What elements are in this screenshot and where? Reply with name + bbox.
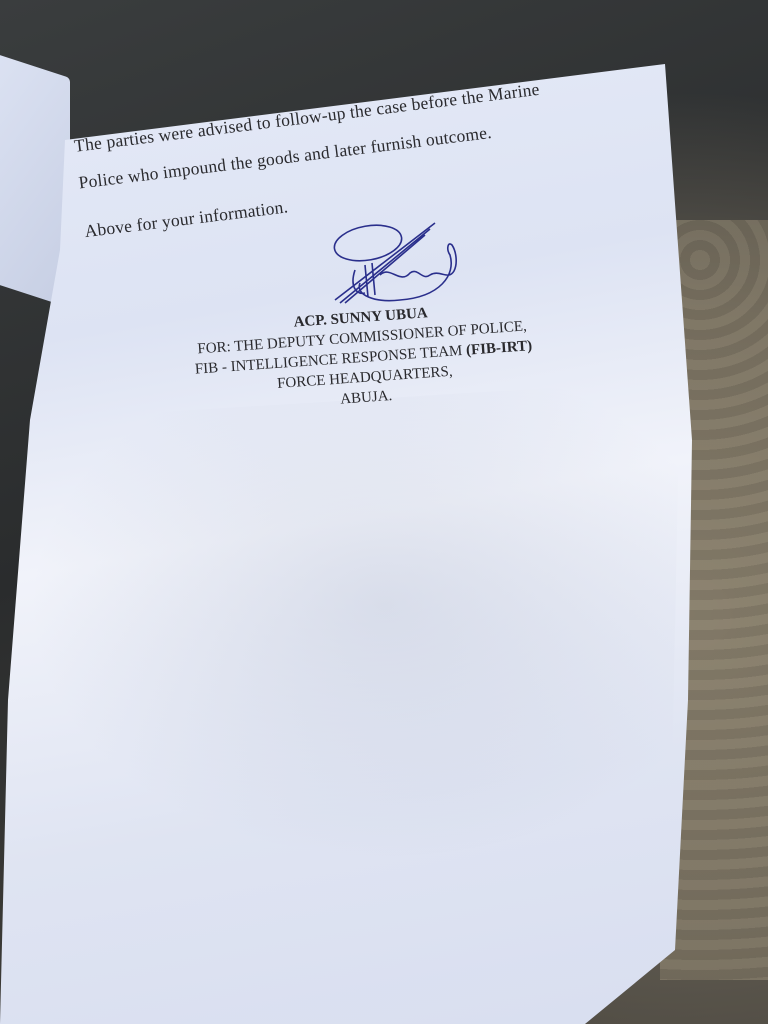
signatory-unit-abbrev: (FIB-IRT): [466, 338, 533, 359]
signature-icon: [330, 215, 470, 310]
page-shadow: [0, 380, 700, 880]
